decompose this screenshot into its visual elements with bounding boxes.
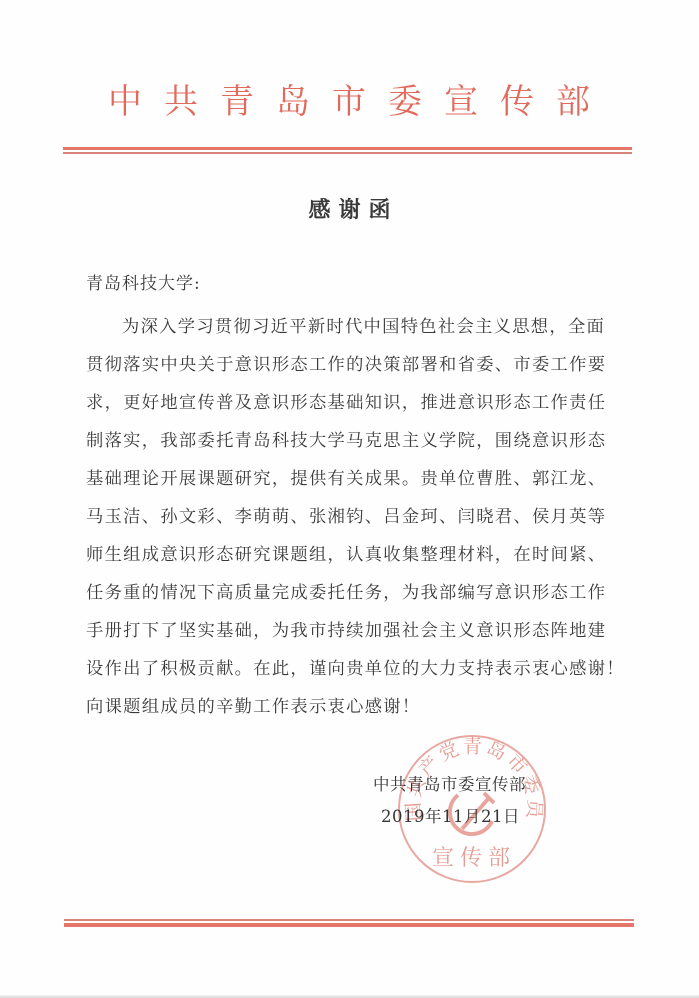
- footer-rule-thick: [64, 923, 634, 927]
- seal-center-text: 宣传部: [432, 846, 516, 871]
- signature-date: 2019年11月21日: [381, 806, 520, 828]
- letterhead-rule-thick: [63, 147, 632, 150]
- addressee: 青岛科技大学:: [86, 272, 201, 296]
- letterhead-title: 中共青岛市委宣传部: [64, 82, 634, 122]
- body-line: 师生组成意识形态研究课题组，认真收集整理材料，在时间紧、: [86, 536, 646, 574]
- letter-page: 中共青岛市委宣传部 感谢函 青岛科技大学: 为深入学习贯彻习近平新时代中国特色社…: [0, 0, 699, 998]
- letter-body: 为深入学习贯彻习近平新时代中国特色社会主义思想，全面 贯彻落实中央关于意识形态工…: [86, 308, 646, 726]
- body-line: 马玉洁、孙文彩、李萌萌、张湘钧、吕金珂、闫晓君、侯月英等: [86, 498, 646, 536]
- body-line: 贯彻落实中央关于意识形态工作的决策部署和省委、市委工作要: [86, 346, 646, 384]
- body-line: 向课题组成员的辛勤工作表示衷心感谢！: [86, 688, 646, 726]
- signature-organization: 中共青岛市委宣传部: [373, 774, 526, 796]
- letterhead-rule-thin: [63, 152, 632, 154]
- body-line: 设作出了积极贡献。在此，谨向贵单位的大力支持表示衷心感谢！: [86, 650, 646, 688]
- footer-rule-thin: [64, 919, 634, 921]
- body-line: 手册打下了坚实基础，为我市持续加强社会主义意识形态阵地建: [86, 612, 646, 650]
- letter-title: 感谢函: [0, 196, 699, 226]
- body-line: 求，更好地宣传普及意识形态基础知识，推进意识形态工作责任: [86, 384, 646, 422]
- body-line: 任务重的情况下高质量完成委托任务，为我部编写意识形态工作: [86, 574, 646, 612]
- body-line: 为深入学习贯彻习近平新时代中国特色社会主义思想，全面: [86, 308, 646, 346]
- body-line: 制落实，我部委托青岛科技大学马克思主义学院，围绕意识形态: [86, 422, 646, 460]
- body-line: 基础理论开展课题研究，提供有关成果。贵单位曹胜、郭江龙、: [86, 460, 646, 498]
